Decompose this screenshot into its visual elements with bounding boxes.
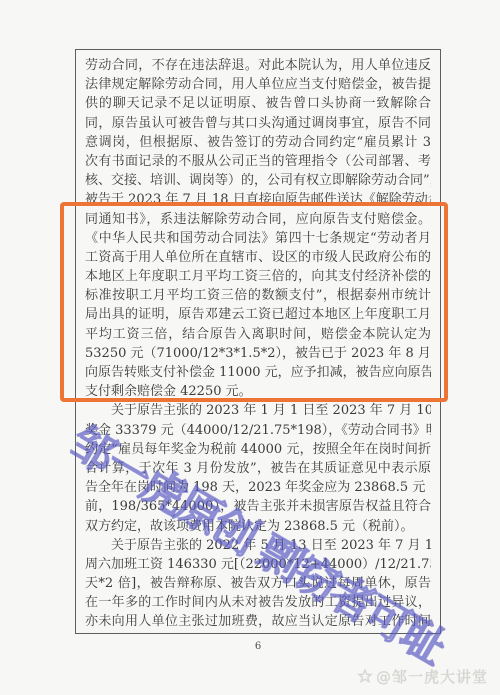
document-line: 约定“雇员每年奖金为税前 44000 元，按照全年在岗时间折 bbox=[85, 440, 431, 459]
document-line: 合计算，于次年 3 月份发放”，被告在其质证意见中表示原 bbox=[85, 459, 431, 478]
document-line: 同，原告虽认可被告曾与其口头沟通过调岗事宜，原告不同 bbox=[85, 114, 431, 133]
document-line: 工资高于用人单位所在直辖市、设区的市级人民政府公布的 bbox=[85, 248, 431, 267]
document-line: 被告于 2023 年 7 月 18 日直接向原告邮件送达《解除劳动合 bbox=[85, 190, 431, 209]
document-line: 双方约定，故该项费用本院认定为 23868.5 元（税前）。 bbox=[85, 517, 431, 536]
document-line: 本地区上年度职工月平均工资三倍的，向其支付经济补偿的 bbox=[85, 267, 431, 286]
document-line: 核、交接、培训、调岗等）的，公司有权立即解除劳动合同”， bbox=[85, 171, 431, 190]
document-line: 次有书面记录的不服从公司正当的管理指令（公司部署、考 bbox=[85, 152, 431, 171]
document-text: 劳动合同，不存在违法辞退。对此本院认为，用人单位违反法律规定解除劳动合同，用人单… bbox=[85, 56, 431, 632]
document-line: 前，198/365*44000），被告主张并未损害原告权益且符合 bbox=[85, 497, 431, 516]
document-line: 标准按职工月平均工资三倍的数额支付”，根据泰州市统计 bbox=[85, 286, 431, 305]
document-border: 劳动合同，不存在违法辞退。对此本院认为，用人单位违反法律规定解除劳动合同，用人单… bbox=[75, 49, 441, 634]
document-line: 奖金 33379 元（44000/12/21.75*198），《劳动合同书》明确 bbox=[85, 421, 431, 440]
corner-watermark: @邹一虎大讲堂 bbox=[357, 666, 488, 687]
document-line: 向原告转账支付补偿金 11000 元，应予扣减，被告应向原告 bbox=[85, 363, 431, 382]
document-line: 周六加班工资 146330 元[（22000*12+44000）/12/21.7… bbox=[85, 555, 431, 574]
document-line: 劳动合同，不存在违法辞退。对此本院认为，用人单位违反 bbox=[85, 56, 431, 75]
document-line: 意调岗，但根据原、被告签订的劳动合同约定“雇员累计 3 bbox=[85, 133, 431, 152]
document-line: 局出具的证明，原告邓建云工资已超过本地区上年度职工月 bbox=[85, 305, 431, 324]
document-line: 在一年多的工作时间内从未对被告发放的工资提出过异议， bbox=[85, 593, 431, 612]
corner-watermark-text: @邹一虎大讲堂 bbox=[376, 666, 488, 687]
document-line: 53250 元（71000/12*3*1.5*2），被告已于 2023 年 8 … bbox=[85, 344, 431, 363]
document-line: 亦未向用人单位主张过加班费，故应当认定原告对工作时间 bbox=[85, 612, 431, 631]
document-line: 关于原告主张的 2023 年 1 月 1 日至 2023 年 7 月 10 日 bbox=[85, 401, 431, 420]
platform-logo-icon bbox=[357, 669, 373, 685]
document-line: 天*2 倍]，被告辩称原、被告双方口头说过每周单休，原告 bbox=[85, 574, 431, 593]
document-line: 供的聊天记录不足以证明原、被告曾口头协商一致解除合 bbox=[85, 94, 431, 113]
document-line: 《中华人民共和国劳动合同法》第四十七条规定“劳动者月 bbox=[85, 229, 431, 248]
document-line: 关于原告主张的 2022 年 5 月 13 日至 2023 年 7 月 10 日 bbox=[85, 536, 431, 555]
document-line: 同通知书》，系违法解除劳动合同，应向原告支付赔偿金。 bbox=[85, 210, 431, 229]
document-line: 告全年在岗时间为 198 天，2023 年奖金应为 23868.5 元（税 bbox=[85, 478, 431, 497]
scanned-judgment-page: 劳动合同，不存在违法辞退。对此本院认为，用人单位违反法律规定解除劳动合同，用人单… bbox=[0, 0, 500, 695]
document-line: 支付剩余赔偿金 42250 元。 bbox=[85, 382, 431, 401]
page-number: 6 bbox=[75, 641, 441, 652]
document-line: 平均工资三倍，结合原告入离职时间，赔偿金本院认定为 bbox=[85, 325, 431, 344]
document-line: 法律规定解除劳动合同，用人单位应当支付赔偿金，被告提 bbox=[85, 75, 431, 94]
